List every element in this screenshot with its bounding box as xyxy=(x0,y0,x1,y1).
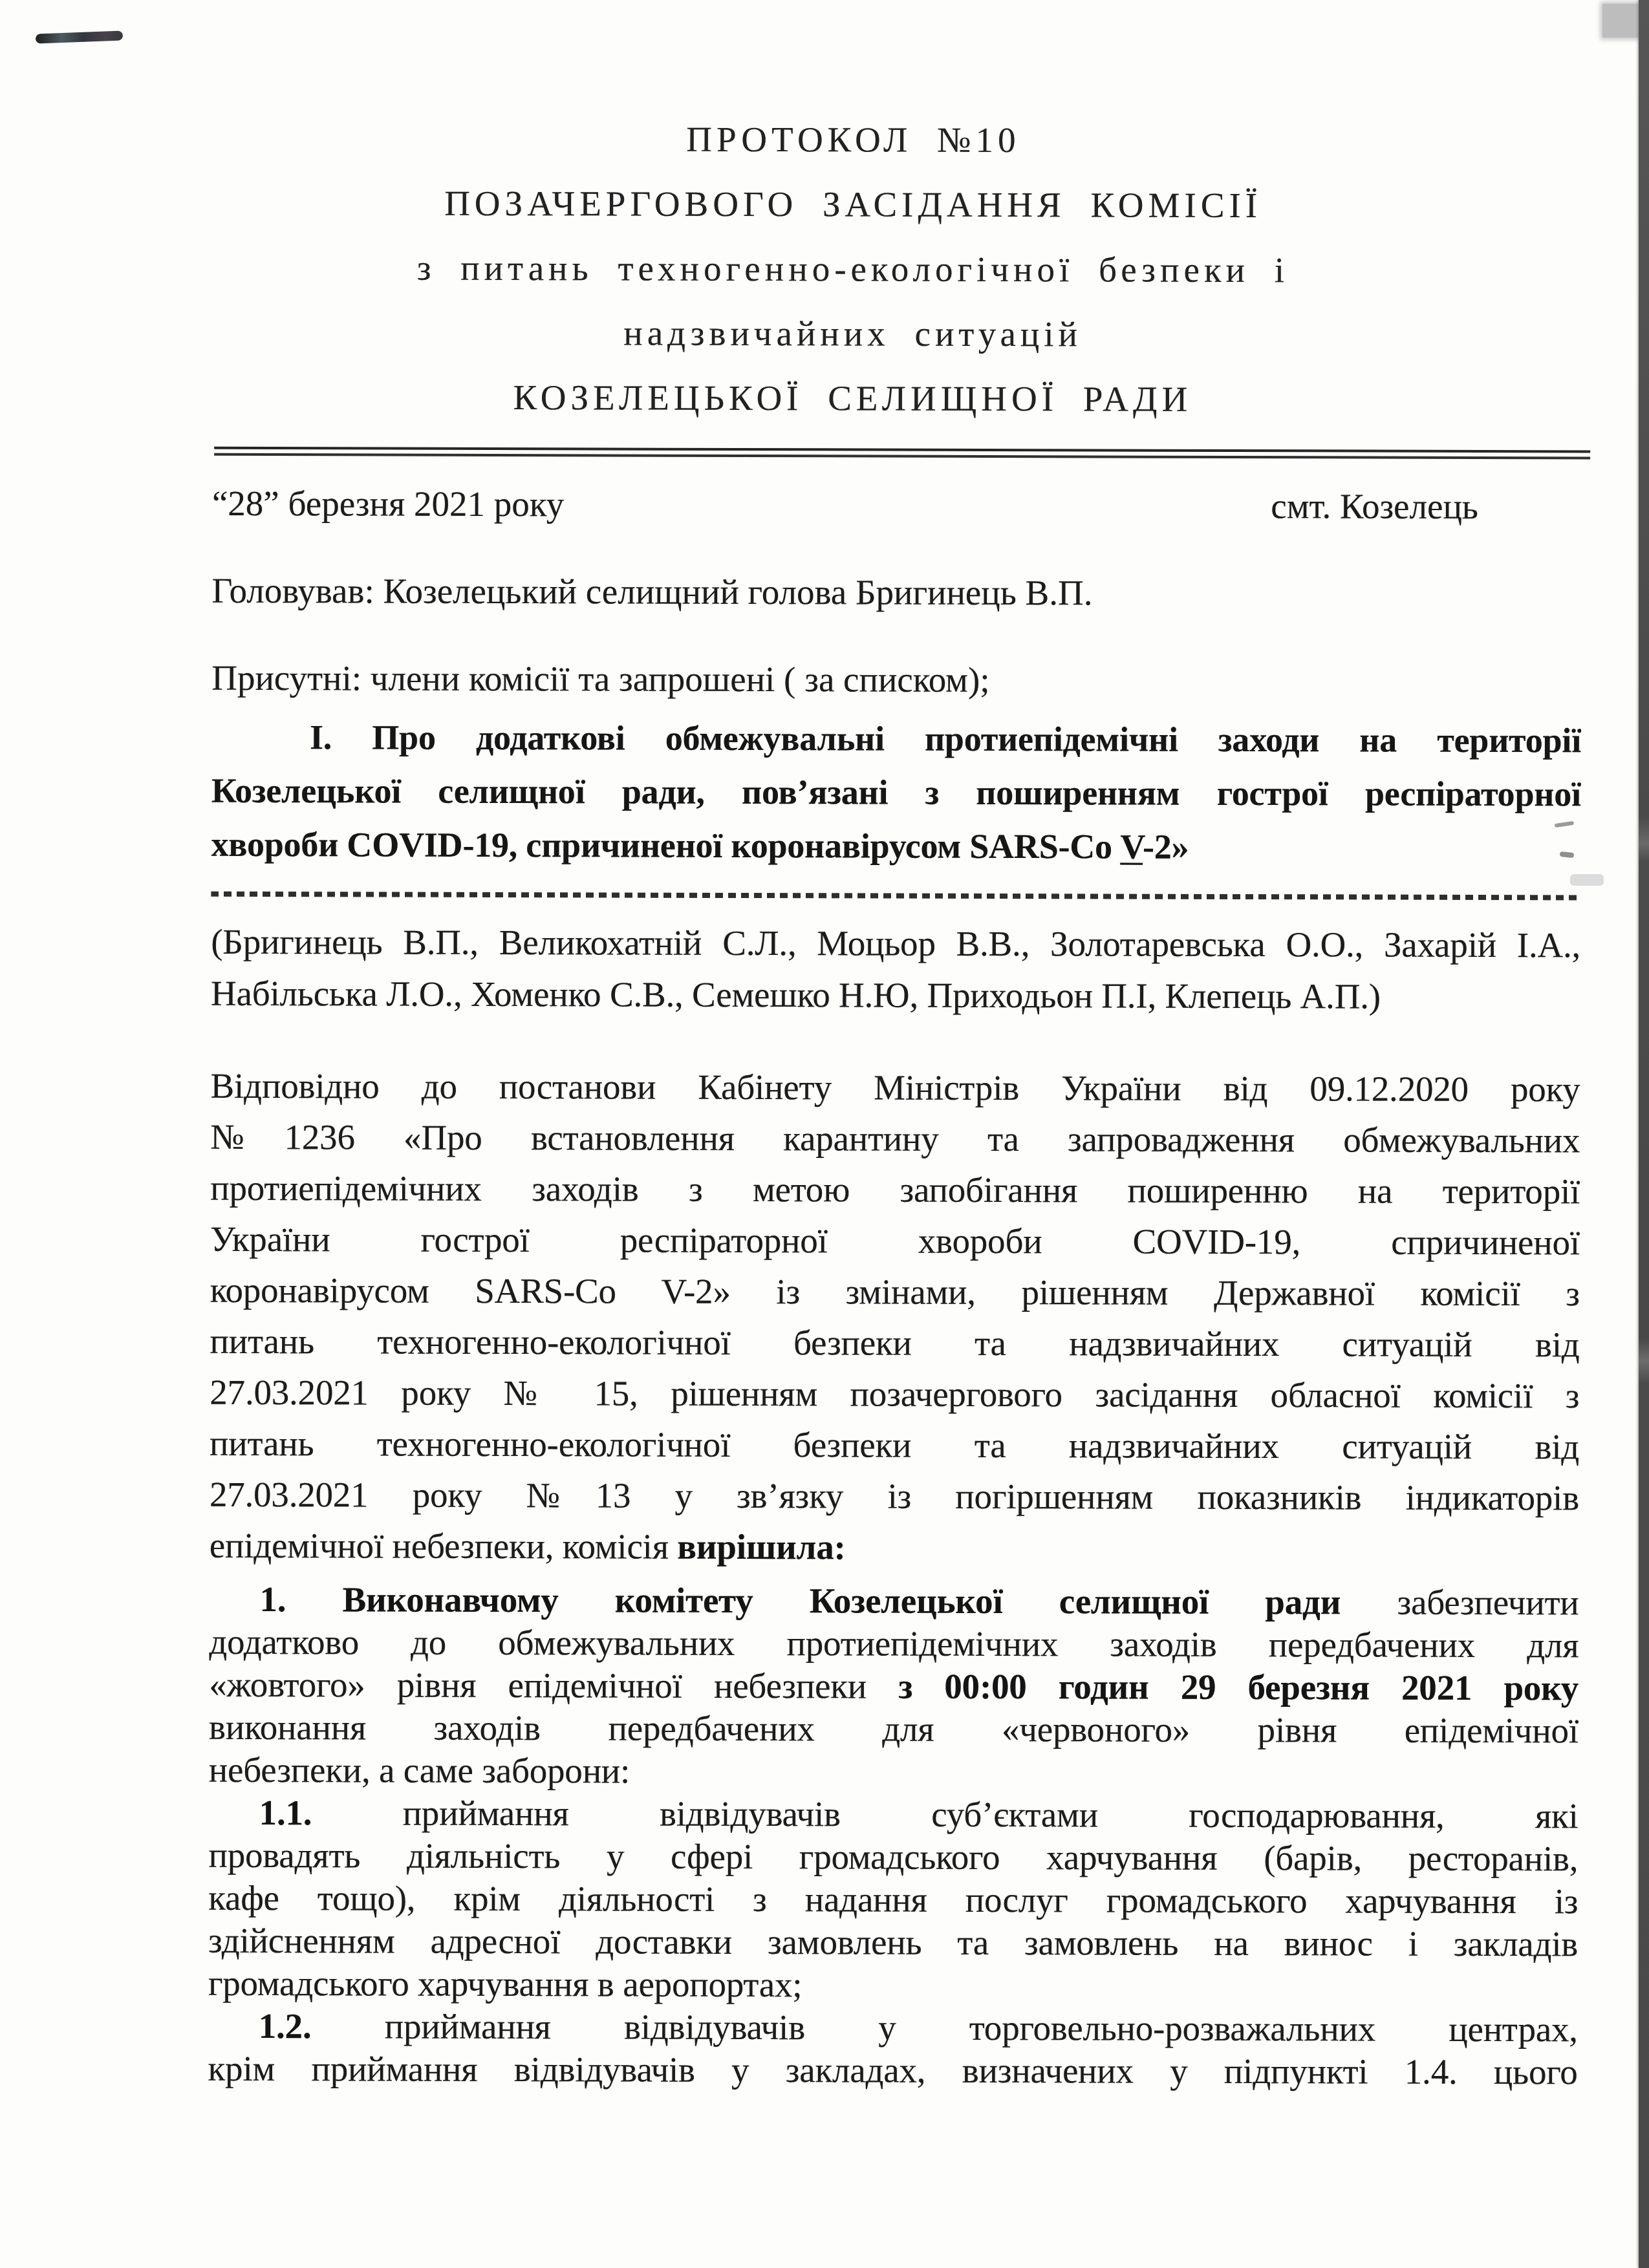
item-1-1-number: 1.1. xyxy=(259,1793,312,1832)
document-date: “28” березня 2021 року xyxy=(212,478,564,530)
document-place: смт. Козелець xyxy=(1271,480,1478,533)
dashed-separator xyxy=(211,892,1580,901)
agenda-line-3: хвороби COVID-19, спричиненої коронавіру… xyxy=(211,818,1580,875)
emergency-situations-line: надзвичайних ситуацій xyxy=(129,300,1577,369)
item-1-line-4: виконання заходів передбачених для «черв… xyxy=(209,1706,1579,1753)
council-name-line: КОЗЕЛЕЦЬКОЇ СЕЛИЩНОЇ РАДИ xyxy=(128,365,1577,433)
preamble-final-text: епідемічної небезпеки, комісія xyxy=(210,1526,678,1567)
item-1-bold-date: з 00:00 годин 29 березня 2021 року xyxy=(898,1667,1579,1708)
agenda-line-3-tail: -2» xyxy=(1143,828,1189,866)
item-1-line-2: додатково до обмежувальних протиепідеміч… xyxy=(209,1621,1579,1667)
preamble-line-3: протиепідемічних заходів з метою запобіг… xyxy=(210,1162,1580,1217)
agenda-title: І. Про додаткові обмежувальні протиепіде… xyxy=(211,711,1581,875)
commission-members: (Бригинець В.П., Великохатній С.Л., Моць… xyxy=(211,916,1580,1023)
preamble-line-1: Відповідно до постанови Кабінету Міністр… xyxy=(211,1060,1580,1115)
item-1-2-line-1-text: приймання відвідувачів у торговельно-роз… xyxy=(311,2006,1577,2049)
preamble-line-8: питань техногенно-екологічної безпеки та… xyxy=(210,1418,1579,1473)
item-1-2-number: 1.2. xyxy=(259,2006,312,2046)
preamble-line-7: 27.03.2021 року № 15, рішенням позачерго… xyxy=(210,1367,1579,1422)
item-1-1-line-1-text: приймання відвідувачів суб’єктами господ… xyxy=(312,1793,1578,1835)
item-1-line-3-text: «жовтого» рівня епідемічної небезпеки xyxy=(209,1665,898,1706)
preamble-line-2: №1236 «Про встановлення карантину та зап… xyxy=(210,1111,1580,1166)
item-1-1-line-5: громадського харчування в аеропортах; xyxy=(208,1962,1578,2009)
item-1-bold-lead: 1. Виконавчому комітету Козелецької сели… xyxy=(259,1579,1341,1621)
item-1-line-3: «жовтого» рівня епідемічної небезпеки з … xyxy=(209,1664,1579,1710)
resolution-items: 1. Виконавчому комітету Козелецької сели… xyxy=(208,1578,1579,2094)
agenda-line-2: Козелецької селищної ради, пов’язані з п… xyxy=(211,764,1581,822)
item-1-2-line-1: 1.2. приймання відвідувачів у торговельн… xyxy=(208,2005,1578,2051)
document-content: ПРОТОКОЛ №10 ПОЗАЧЕРГОВОГО ЗАСІДАННЯ КОМ… xyxy=(0,0,1649,2268)
preamble-paragraph: Відповідно до постанови Кабінету Міністр… xyxy=(210,1060,1580,1575)
protocol-number-title: ПРОТОКОЛ №10 xyxy=(129,106,1577,175)
preamble-line-6: питань техногенно-екологічної безпеки та… xyxy=(210,1316,1579,1371)
dateline: “28” березня 2021 року смт. Козелець xyxy=(212,478,1582,533)
decision-word-bold: вирішила: xyxy=(677,1527,845,1567)
agenda-line-3-text: хвороби COVID-19, спричиненої коронавіру… xyxy=(211,825,1121,866)
item-1-line-1-tail: забезпечити xyxy=(1341,1582,1579,1622)
agenda-underlined-letter: V xyxy=(1120,828,1143,866)
double-horizontal-rule xyxy=(214,447,1590,460)
preamble-line-4: України гострої респіраторної хвороби CO… xyxy=(210,1214,1580,1268)
item-1-2-line-2: крім приймання відвідувачів у закладах, … xyxy=(208,2048,1578,2094)
scanned-protocol-page: ПРОТОКОЛ №10 ПОЗАЧЕРГОВОГО ЗАСІДАННЯ КОМ… xyxy=(0,0,1649,2268)
attendees-line: Присутні: члени комісії та запрошені ( з… xyxy=(211,652,1581,708)
preamble-line-9: 27.03.2021 року №13 у зв’язку із погірше… xyxy=(210,1469,1579,1524)
item-1-1-line-3: кафе тощо), крім діяльності з надання по… xyxy=(208,1877,1578,1923)
item-1-line-1: 1. Виконавчому комітету Козелецької сели… xyxy=(209,1578,1579,1625)
chairman-line: Головував: Козелецький селищний голова Б… xyxy=(212,565,1582,621)
members-line-1: (Бригинець В.П., Великохатній С.Л., Моць… xyxy=(211,916,1580,972)
preamble-line-10: епідемічної небезпеки, комісія вирішила: xyxy=(210,1520,1579,1575)
item-1-line-5: небезпеки, а саме заборони: xyxy=(209,1749,1579,1795)
item-1-1-line-4: здійсненням адресної доставки замовлень … xyxy=(208,1920,1578,1966)
session-title: ПОЗАЧЕРГОВОГО ЗАСІДАННЯ КОМІСІЇ xyxy=(129,171,1577,239)
item-1-1-line-2: провадять діяльність у сфері громадськог… xyxy=(208,1834,1578,1881)
members-line-2: Набільська Л.О., Хоменко С.В., Семешко Н… xyxy=(211,968,1580,1023)
commission-subject-line: з питань техногенно-екологічної безпеки … xyxy=(129,235,1577,304)
preamble-line-5: коронавірусом SARS-Co V-2» із змінами, р… xyxy=(210,1265,1580,1320)
item-1-1-line-1: 1.1. приймання відвідувачів суб’єктами г… xyxy=(209,1792,1579,1838)
agenda-line-1: І. Про додаткові обмежувальні протиепіде… xyxy=(211,711,1581,768)
document-header: ПРОТОКОЛ №10 ПОЗАЧЕРГОВОГО ЗАСІДАННЯ КОМ… xyxy=(128,106,1577,433)
